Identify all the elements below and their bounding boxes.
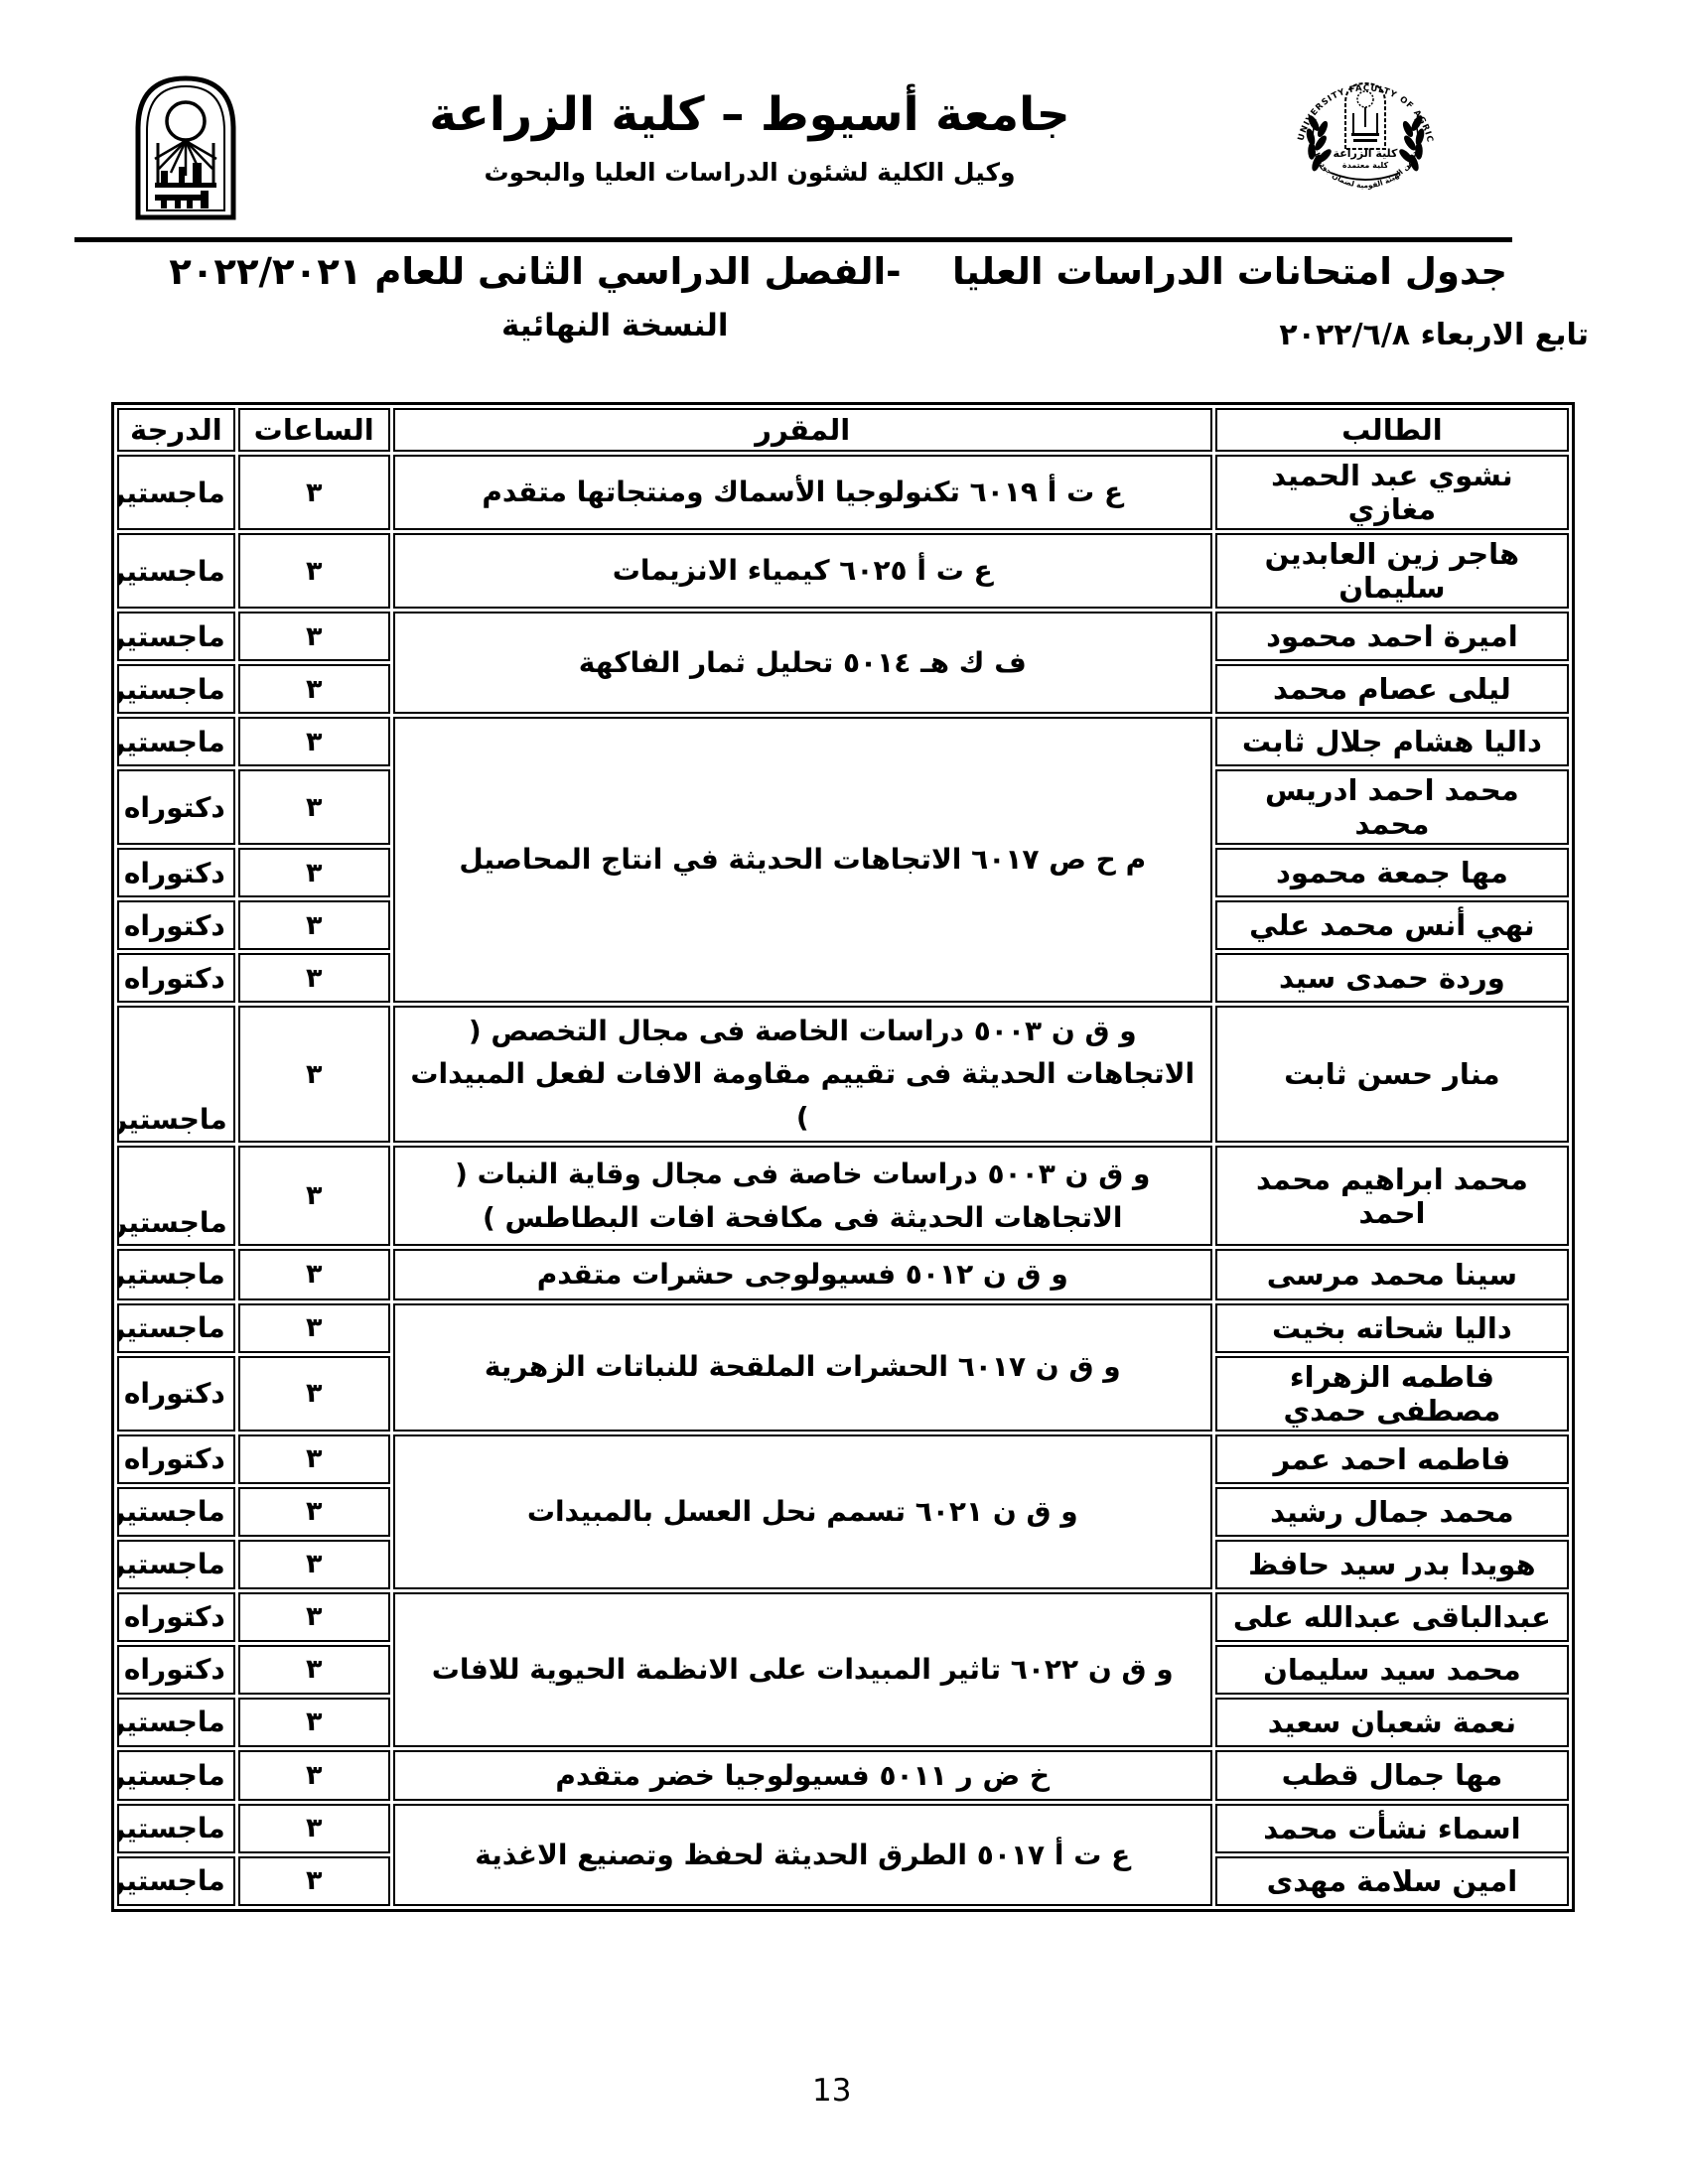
table-row: فاطمه احمد عمرو ق ن ٦٠٢١ تسمم نحل العسل … bbox=[117, 1434, 1569, 1484]
document-title: جدول امتحانات الدراسات العليا -الفصل الد… bbox=[238, 250, 1507, 293]
university-title: جامعة أسيوط – كلية الزراعة bbox=[298, 87, 1201, 142]
course-cell: و ق ن ٥٠١٢ فسيولوجى حشرات متقدم bbox=[393, 1249, 1212, 1299]
hours-cell: ٣ bbox=[238, 664, 390, 714]
assiut-university-emblem-logo bbox=[131, 71, 240, 222]
degree-cell: ماجستير bbox=[117, 1750, 235, 1801]
column-header-hours: الساعات bbox=[238, 408, 390, 452]
document-page: ASSIUT UNIVERSITY FACULTY OF AGRICULTURE bbox=[0, 0, 1688, 2184]
student-name-cell: داليا شحاته بخيت bbox=[1215, 1303, 1569, 1353]
student-name-cell: منار حسن ثابت bbox=[1215, 1006, 1569, 1143]
student-name-cell: محمد احمد ادريس محمد bbox=[1215, 769, 1569, 845]
final-version-label: النسخة النهائية bbox=[501, 308, 729, 343]
table-header-row: الطالب المقرر الساعات الدرجة bbox=[117, 408, 1569, 452]
student-name-cell: محمد ابراهيم محمد احمد bbox=[1215, 1146, 1569, 1246]
student-name-cell: مها جمعة محمود bbox=[1215, 848, 1569, 897]
student-name-cell: سينا محمد مرسى bbox=[1215, 1249, 1569, 1299]
column-header-student: الطالب bbox=[1215, 408, 1569, 452]
hours-cell: ٣ bbox=[238, 1303, 390, 1353]
table-row: داليا هشام جلال ثابتم ح ص ٦٠١٧ الاتجاهات… bbox=[117, 717, 1569, 766]
hours-cell: ٣ bbox=[238, 1592, 390, 1642]
table-row: اميرة احمد محمودف ك هـ ٥٠١٤ تحليل ثمار ا… bbox=[117, 612, 1569, 661]
student-name-cell: داليا هشام جلال ثابت bbox=[1215, 717, 1569, 766]
hours-cell: ٣ bbox=[238, 1249, 390, 1299]
student-name-cell: امين سلامة مهدى bbox=[1215, 1856, 1569, 1906]
student-name-cell: فاطمه احمد عمر bbox=[1215, 1434, 1569, 1484]
course-cell: و ق ن ٦٠٢٢ تاثير المبيدات على الانظمة ال… bbox=[393, 1592, 1212, 1747]
course-cell: و ق ن ٦٠١٧ الحشرات الملقحة للنباتات الزه… bbox=[393, 1303, 1212, 1432]
student-name-cell: محمد جمال رشيد bbox=[1215, 1487, 1569, 1537]
degree-cell: دكتوراه bbox=[117, 1434, 235, 1484]
degree-cell: دكتوراه bbox=[117, 769, 235, 845]
student-name-cell: هويدا بدر سيد حافظ bbox=[1215, 1540, 1569, 1589]
student-name-cell: محمد سيد سليمان bbox=[1215, 1645, 1569, 1695]
table-row: محمد ابراهيم محمد احمدو ق ن ٥٠٠٣ دراسات … bbox=[117, 1146, 1569, 1246]
degree-cell: ماجستير bbox=[117, 1698, 235, 1747]
student-name-cell: نشوي عبد الحميد مغازي bbox=[1215, 455, 1569, 530]
hours-cell: ٣ bbox=[238, 953, 390, 1003]
hours-cell: ٣ bbox=[238, 1356, 390, 1432]
degree-cell: ماجستير bbox=[117, 1856, 235, 1906]
student-name-cell: عبدالباقى عبدالله على bbox=[1215, 1592, 1569, 1642]
exam-schedule-table: الطالب المقرر الساعات الدرجة نشوي عبد ال… bbox=[111, 402, 1575, 1912]
course-cell: ع ت أ ٦٠٢٥ كيمياء الانزيمات bbox=[393, 533, 1212, 609]
course-cell: و ق ن ٥٠٠٣ دراسات خاصة فى مجال وقاية الن… bbox=[393, 1146, 1212, 1246]
table-row: مها جمال قطبخ ض ر ٥٠١١ فسيولوجيا خضر متق… bbox=[117, 1750, 1569, 1801]
degree-cell: ماجستير bbox=[117, 533, 235, 609]
degree-cell: ماجستير bbox=[117, 612, 235, 661]
hours-cell: ٣ bbox=[238, 533, 390, 609]
table-row: سينا محمد مرسىو ق ن ٥٠١٢ فسيولوجى حشرات … bbox=[117, 1249, 1569, 1299]
page-number: 13 bbox=[812, 2073, 851, 2109]
hours-cell: ٣ bbox=[238, 1434, 390, 1484]
degree-cell: دكتوراه bbox=[117, 848, 235, 897]
table-row: منار حسن ثابتو ق ن ٥٠٠٣ دراسات الخاصة فى… bbox=[117, 1006, 1569, 1143]
course-cell: ع ت أ ٦٠١٩ تكنولوجيا الأسماك ومنتجاتها م… bbox=[393, 455, 1212, 530]
header-divider-rule bbox=[74, 237, 1512, 242]
course-cell: خ ض ر ٥٠١١ فسيولوجيا خضر متقدم bbox=[393, 1750, 1212, 1801]
table-row: نشوي عبد الحميد مغازيع ت أ ٦٠١٩ تكنولوجي… bbox=[117, 455, 1569, 530]
degree-cell: دكتوراه bbox=[117, 1592, 235, 1642]
hours-cell: ٣ bbox=[238, 1856, 390, 1906]
hours-cell: ٣ bbox=[238, 612, 390, 661]
student-name-cell: نهي أنس محمد علي bbox=[1215, 900, 1569, 950]
exam-date-label: تابع الاربعاء ٢٠٢٢/٦/٨ bbox=[1231, 318, 1589, 352]
student-name-cell: مها جمال قطب bbox=[1215, 1750, 1569, 1801]
degree-cell: دكتوراه bbox=[117, 1645, 235, 1695]
column-header-course: المقرر bbox=[393, 408, 1212, 452]
degree-cell: ماجستير bbox=[117, 1303, 235, 1353]
degree-cell: دكتوراه bbox=[117, 1356, 235, 1432]
course-cell: ع ت أ ٥٠١٧ الطرق الحديثة لحفظ وتصنيع الا… bbox=[393, 1804, 1212, 1906]
hours-cell: ٣ bbox=[238, 1750, 390, 1801]
column-header-degree: الدرجة bbox=[117, 408, 235, 452]
course-cell: و ق ن ٦٠٢١ تسمم نحل العسل بالمبيدات bbox=[393, 1434, 1212, 1589]
hours-cell: ٣ bbox=[238, 1487, 390, 1537]
degree-cell: ماجستير bbox=[117, 717, 235, 766]
faculty-of-agriculture-seal-logo: ASSIUT UNIVERSITY FACULTY OF AGRICULTURE bbox=[1286, 52, 1445, 210]
student-name-cell: فاطمه الزهراء مصطفى حمدي bbox=[1215, 1356, 1569, 1432]
hours-cell: ٣ bbox=[238, 900, 390, 950]
university-subtitle: وكيل الكلية لشئون الدراسات العليا والبحو… bbox=[298, 158, 1201, 187]
course-cell: و ق ن ٥٠٠٣ دراسات الخاصة فى مجال التخصص … bbox=[393, 1006, 1212, 1143]
degree-cell: ماجستير bbox=[117, 455, 235, 530]
student-name-cell: وردة حمدى سيد bbox=[1215, 953, 1569, 1003]
degree-cell: ماجستير bbox=[117, 1487, 235, 1537]
hours-cell: ٣ bbox=[238, 455, 390, 530]
course-cell: م ح ص ٦٠١٧ الاتجاهات الحديثة في انتاج ال… bbox=[393, 717, 1212, 1003]
exam-table-body: نشوي عبد الحميد مغازيع ت أ ٦٠١٩ تكنولوجي… bbox=[117, 455, 1569, 1906]
hours-cell: ٣ bbox=[238, 769, 390, 845]
student-name-cell: نعمة شعبان سعيد bbox=[1215, 1698, 1569, 1747]
hours-cell: ٣ bbox=[238, 1540, 390, 1589]
degree-cell: ماجستير bbox=[117, 1006, 235, 1143]
hours-cell: ٣ bbox=[238, 1804, 390, 1853]
table-row: عبدالباقى عبدالله علىو ق ن ٦٠٢٢ تاثير ال… bbox=[117, 1592, 1569, 1642]
degree-cell: ماجستير bbox=[117, 1804, 235, 1853]
course-cell: ف ك هـ ٥٠١٤ تحليل ثمار الفاكهة bbox=[393, 612, 1212, 714]
degree-cell: ماجستير bbox=[117, 1146, 235, 1246]
table-row: داليا شحاته بخيتو ق ن ٦٠١٧ الحشرات الملق… bbox=[117, 1303, 1569, 1353]
hours-cell: ٣ bbox=[238, 717, 390, 766]
hours-cell: ٣ bbox=[238, 1146, 390, 1246]
student-name-cell: اسماء نشأت محمد bbox=[1215, 1804, 1569, 1853]
student-name-cell: هاجر زين العابدين سليمان bbox=[1215, 533, 1569, 609]
hours-cell: ٣ bbox=[238, 1645, 390, 1695]
hours-cell: ٣ bbox=[238, 1006, 390, 1143]
student-name-cell: ليلى عصام محمد bbox=[1215, 664, 1569, 714]
degree-cell: ماجستير bbox=[117, 1540, 235, 1589]
student-name-cell: اميرة احمد محمود bbox=[1215, 612, 1569, 661]
seal-center-line1: كلية الزراعة bbox=[1334, 147, 1399, 160]
table-row: هاجر زين العابدين سليمانع ت أ ٦٠٢٥ كيميا… bbox=[117, 533, 1569, 609]
degree-cell: ماجستير bbox=[117, 664, 235, 714]
degree-cell: دكتوراه bbox=[117, 953, 235, 1003]
degree-cell: دكتوراه bbox=[117, 900, 235, 950]
hours-cell: ٣ bbox=[238, 848, 390, 897]
hours-cell: ٣ bbox=[238, 1698, 390, 1747]
degree-cell: ماجستير bbox=[117, 1249, 235, 1299]
seal-center-line2: كلية معتمدة bbox=[1342, 161, 1389, 170]
table-row: اسماء نشأت محمدع ت أ ٥٠١٧ الطرق الحديثة … bbox=[117, 1804, 1569, 1853]
